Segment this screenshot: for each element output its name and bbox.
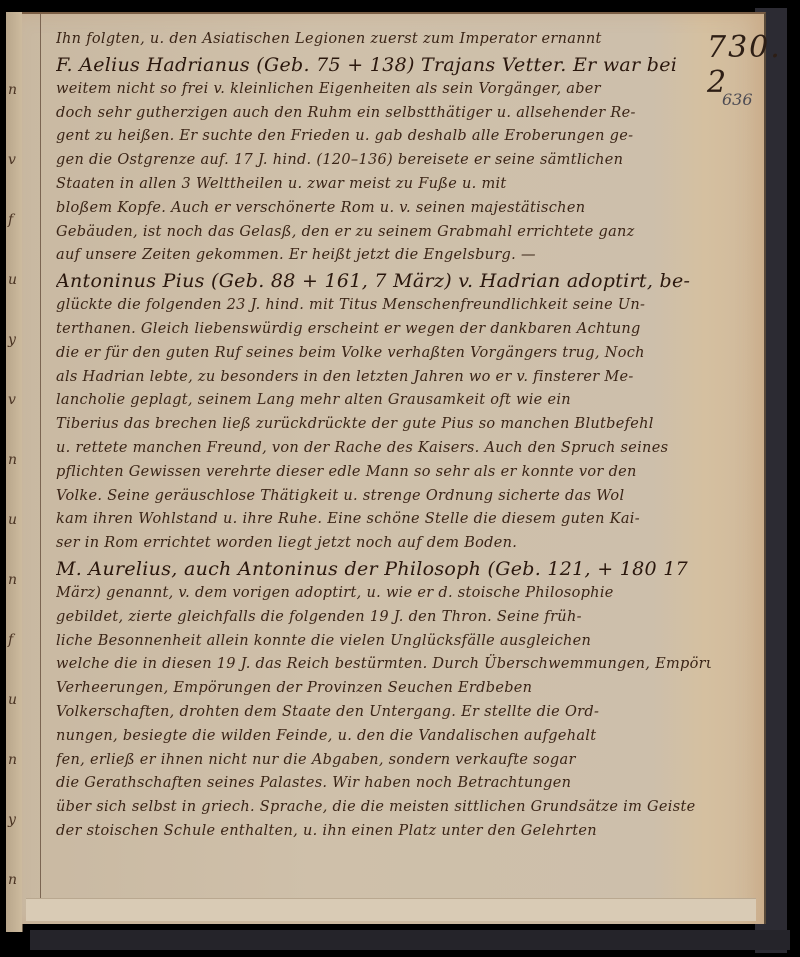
manuscript-page: 730. 2 636 Ihn folgten, u. den Asiatisch… (22, 12, 766, 924)
text-line: Staaten in allen 3 Welttheilen u. zwar m… (56, 173, 711, 197)
scanner-backing-bottom (30, 930, 790, 950)
text-line: die Gerathschaften seines Palastes. Wir … (56, 772, 711, 796)
margin-mark: n (8, 452, 17, 468)
margin-mark: n (8, 82, 17, 98)
text-line: kam ihren Wohlstand u. ihre Ruhe. Eine s… (56, 508, 711, 532)
text-line: bloßem Kopfe. Auch er verschönerte Rom u… (56, 197, 711, 221)
text-line: terthanen. Gleich liebenswürdig erschein… (56, 318, 711, 342)
text-line: die er für den guten Ruf seines beim Vol… (56, 342, 711, 366)
margin-mark: u (8, 692, 17, 708)
margin-mark: n (8, 872, 17, 888)
text-line: Verheerungen, Empörungen der Provinzen S… (56, 677, 711, 701)
text-line: über sich selbst in griech. Sprache, die… (56, 796, 711, 820)
margin-mark: n (8, 752, 17, 768)
margin-mark: v (8, 152, 16, 168)
text-line: Gebäuden, ist noch das Gelasß, den er zu… (56, 221, 711, 245)
margin-mark: u (8, 272, 17, 288)
text-line: ser in Rom errichtet worden liegt jetzt … (56, 532, 711, 556)
text-line: liche Besonnenheit allein konnte die vie… (56, 630, 711, 654)
section-heading-antoninus-pius: Antoninus Pius (Geb. 88 + 161, 7 März) v… (56, 268, 711, 294)
text-line: auf unsere Zeiten gekommen. Er heißt jet… (56, 244, 711, 268)
text-line: u. rettete manchen Freund, von der Rache… (56, 437, 711, 461)
margin-mark: f (8, 632, 13, 648)
text-line: als Hadrian lebte, zu besonders in den l… (56, 366, 711, 390)
text-line: Tiberius das brechen ließ zurückdrückte … (56, 413, 711, 437)
page-bottom-edge (26, 898, 756, 921)
text-line: Ihn folgten, u. den Asiatischen Legionen… (56, 28, 711, 52)
margin-mark: f (8, 212, 13, 228)
text-line: Volkerschaften, drohten dem Staate den U… (56, 701, 711, 725)
text-line: fen, erließ er ihnen nicht nur die Abgab… (56, 749, 711, 773)
handwritten-text: Ihn folgten, u. den Asiatischen Legionen… (56, 28, 711, 844)
text-line: der stoischen Schule enthalten, u. ihn e… (56, 820, 711, 844)
text-line: gent zu heißen. Er suchte den Frieden u.… (56, 125, 711, 149)
text-line: gebildet, zierte gleichfalls die folgend… (56, 606, 711, 630)
text-line: pflichten Gewissen verehrte dieser edle … (56, 461, 711, 485)
pencil-page-number: 636 (722, 90, 753, 109)
text-line: März) genannt, v. dem vorigen adoptirt, … (56, 582, 711, 606)
text-line: gen die Ostgrenze auf. 17 J. hind. (120–… (56, 149, 711, 173)
margin-mark: y (8, 812, 16, 828)
margin-mark: n (8, 572, 17, 588)
text-line: welche die in diesen 19 J. das Reich bes… (56, 653, 711, 677)
text-line: glückte die folgenden 23 J. hind. mit Ti… (56, 294, 711, 318)
section-heading-marcus-aurelius: M. Aurelius, auch Antoninus der Philosop… (56, 556, 711, 582)
facing-page-edge: n v f u y v n u n f u n y n (6, 12, 23, 932)
text-line: lancholie geplagt, seinem Lang mehr alte… (56, 389, 711, 413)
text-line: weitem nicht so frei v. kleinlichen Eige… (56, 78, 711, 102)
margin-mark: u (8, 512, 17, 528)
text-line: doch sehr gutherzigen auch den Ruhm ein … (56, 102, 711, 126)
text-line: nungen, besiegte die wilden Feinde, u. d… (56, 725, 711, 749)
section-heading-hadrian: F. Aelius Hadrianus (Geb. 75 + 138) Traj… (56, 52, 711, 78)
text-line: Volke. Seine geräuschlose Thätigkeit u. … (56, 485, 711, 509)
margin-mark: y (8, 332, 16, 348)
margin-rule (40, 14, 41, 914)
margin-mark: v (8, 392, 16, 408)
